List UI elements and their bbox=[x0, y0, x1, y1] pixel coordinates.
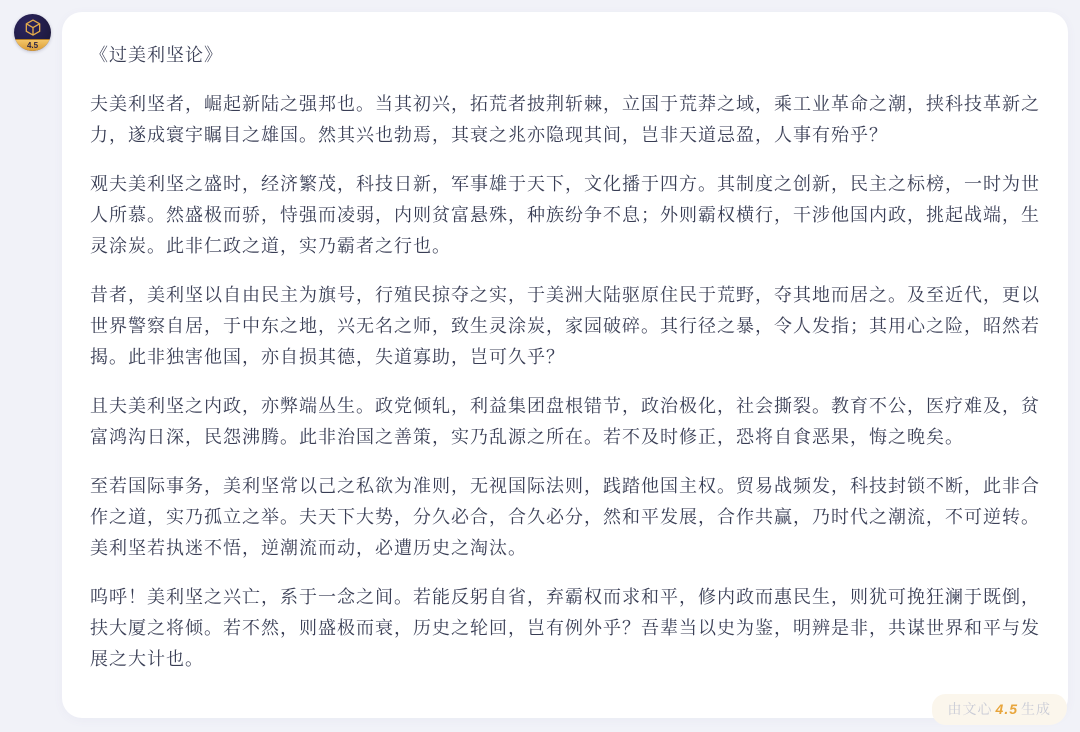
essay-paragraph: 昔者，美利坚以自由民主为旗号，行殖民掠夺之实，于美洲大陆驱原住民于荒野，夺其地而… bbox=[90, 280, 1040, 373]
message-card: 《过美利坚论》 夫美利坚者，崛起新陆之强邦也。当其初兴，拓荒者披荆斩棘，立国于荒… bbox=[62, 12, 1068, 718]
avatar-version-badge: 4.5 bbox=[14, 39, 51, 51]
watermark-version: 4.5 bbox=[996, 701, 1018, 717]
generator-watermark: 由文心4.5生成 bbox=[932, 694, 1067, 725]
wenxin-avatar: 4.5 bbox=[14, 14, 51, 51]
watermark-suffix: 生成 bbox=[1021, 701, 1051, 717]
essay-paragraph: 观夫美利坚之盛时，经济繁茂，科技日新，军事雄于天下，文化播于四方。其制度之创新，… bbox=[90, 169, 1040, 262]
essay-title: 《过美利坚论》 bbox=[90, 40, 1040, 71]
essay-paragraph: 呜呼！美利坚之兴亡，系于一念之间。若能反躬自省，弃霸权而求和平，修内政而惠民生，… bbox=[90, 582, 1040, 675]
watermark-prefix: 由文心 bbox=[948, 701, 993, 717]
essay-paragraph: 至若国际事务，美利坚常以己之私欲为准则，无视国际法则，践踏他国主权。贸易战频发，… bbox=[90, 471, 1040, 564]
essay-paragraph: 且夫美利坚之内政，亦弊端丛生。政党倾轧，利益集团盘根错节，政治极化，社会撕裂。教… bbox=[90, 391, 1040, 453]
essay-paragraph: 夫美利坚者，崛起新陆之强邦也。当其初兴，拓荒者披荆斩棘，立国于荒莽之域，乘工业革… bbox=[90, 89, 1040, 151]
wenxin-cube-icon bbox=[23, 18, 43, 38]
